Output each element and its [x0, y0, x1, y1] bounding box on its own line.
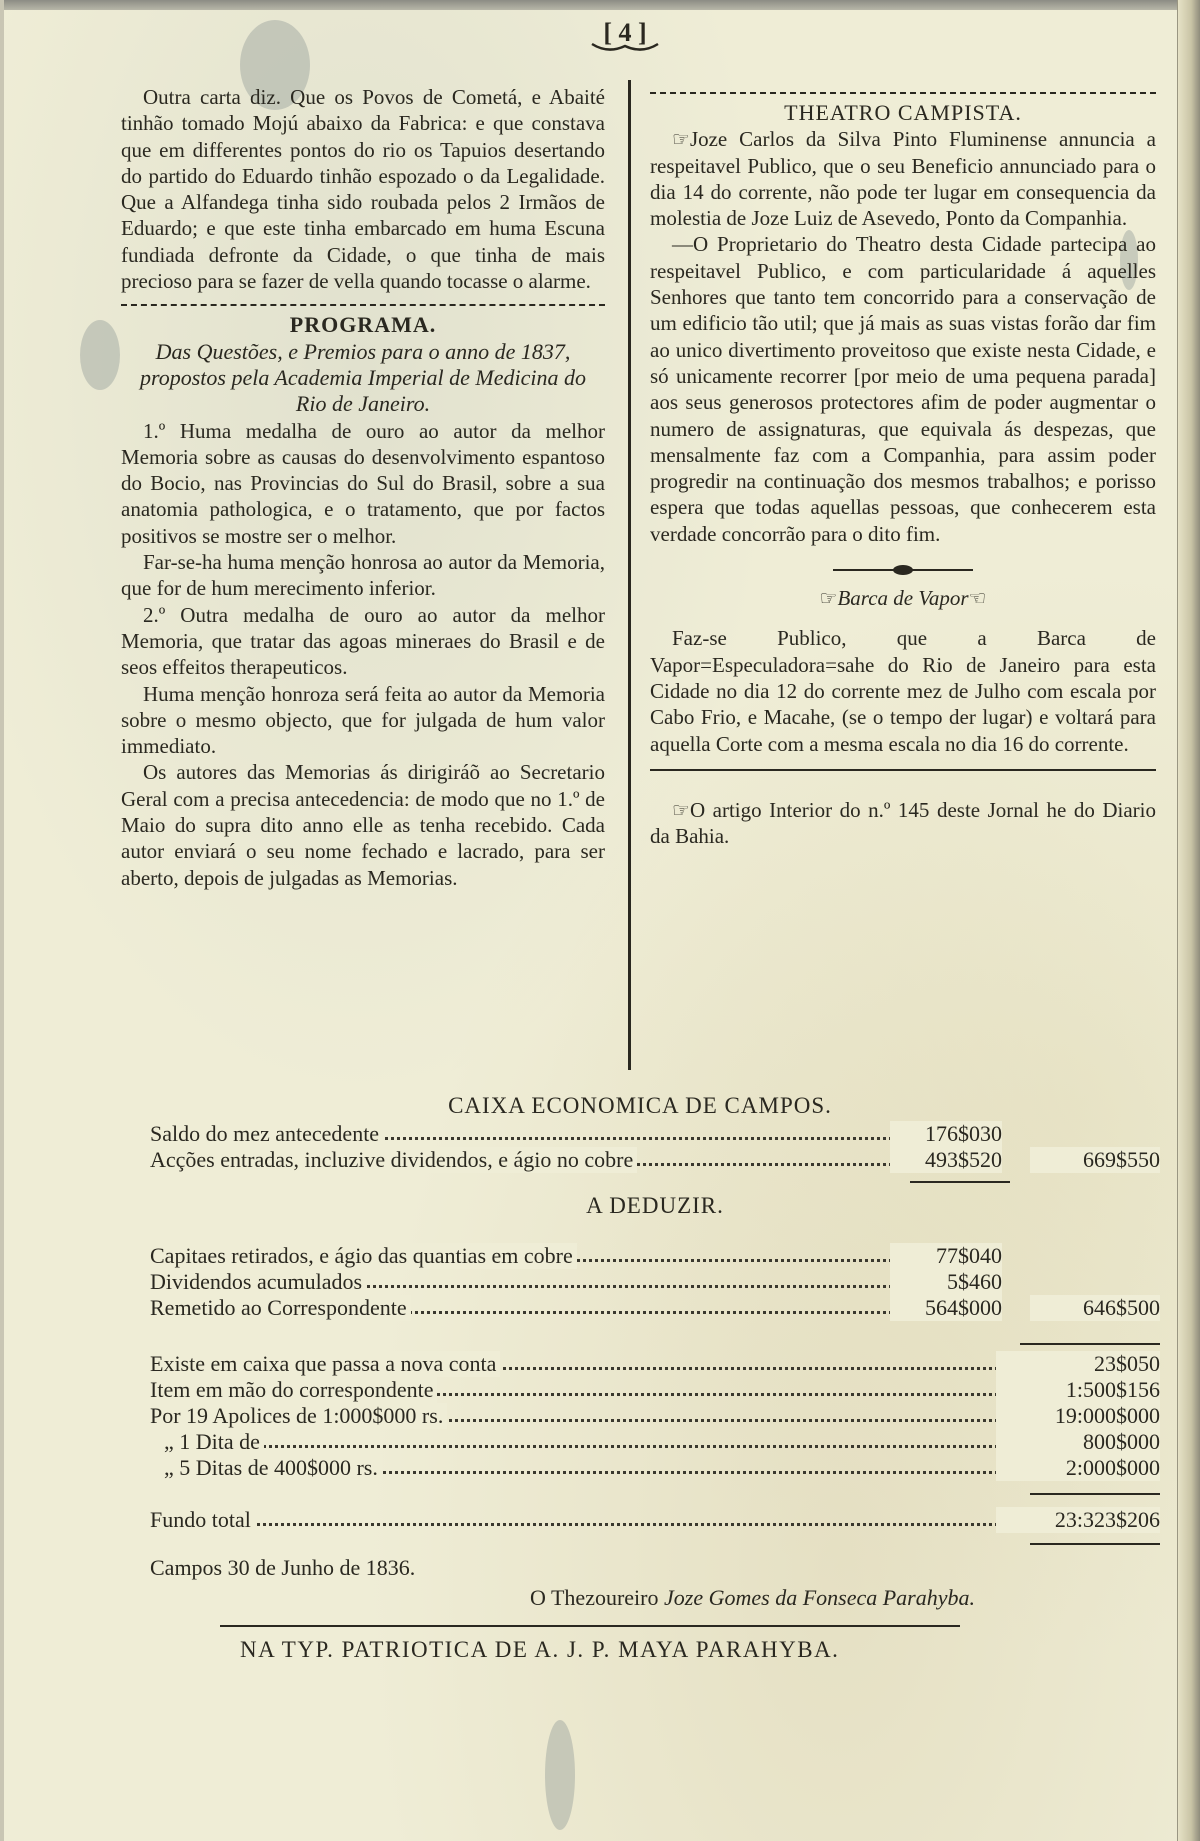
programa-paragraph: Far-se-ha huma menção honrosa ao autor d…	[121, 549, 605, 602]
left-column: Outra carta diz. Que os Povos de Cometá,…	[121, 84, 605, 891]
scan-left-edge	[0, 0, 4, 1841]
ledger-amount: 176$030	[890, 1121, 1002, 1147]
programa-paragraph: 2.º Outra medalha de ouro ao autor da me…	[121, 602, 605, 681]
fund-total-row: Fundo total 23:323$206	[150, 1507, 1160, 1533]
treasurer-name: Joze Gomes da Fonseca Parahyba.	[664, 1585, 975, 1610]
ledger-label: „ 5 Ditas de 400$000 rs.	[150, 1455, 382, 1481]
ledger-label: Saldo do mez antecedente	[150, 1121, 383, 1147]
ledger-amount: 564$000	[890, 1295, 1002, 1321]
ledger-amount: 77$040	[890, 1243, 1002, 1269]
programa-title: PROGRAMA.	[121, 312, 605, 338]
barca-title: ☞Barca de Vapor☜	[650, 585, 1156, 611]
barca-paragraph: Faz-se Publico, que a Barca de Vapor=Esp…	[650, 625, 1156, 756]
ledger-row: „ 1 Dita de 800$000	[150, 1429, 1160, 1455]
place-date: Campos 30 de Junho de 1836.	[150, 1555, 1160, 1581]
ledger-row: Capitaes retirados, e ágio das quantias …	[150, 1243, 1160, 1269]
ledger-row: Saldo do mez antecedente 176$030	[150, 1121, 1160, 1147]
programa-paragraph: Os autores das Memorias ás dirigiráõ ao …	[121, 759, 605, 890]
spacer	[150, 1533, 1160, 1555]
ledger-row: Dividendos acumulados 5$460	[150, 1269, 1160, 1295]
ledger-label: Fundo total	[150, 1507, 255, 1533]
ledger-total: 669$550	[1030, 1147, 1160, 1173]
notice-text: O artigo Interior do n.º 145 deste Jorna…	[650, 798, 1156, 848]
statement-title: CAIXA ECONOMICA DE CAMPOS.	[120, 1093, 1160, 1119]
section-divider	[121, 304, 605, 306]
sum-rule	[1030, 1543, 1160, 1545]
column-separator	[628, 80, 631, 1070]
printer-imprint: NA TYP. PATRIOTICA DE A. J. P. MAYA PARA…	[240, 1637, 1160, 1663]
ledger-label: „ 1 Dita de	[150, 1429, 264, 1455]
scan-right-edge	[1177, 0, 1200, 1841]
programa-paragraph: Huma menção honroza será feita ao autor …	[121, 681, 605, 760]
ledger-label: Existe em caixa que passa a nova conta	[150, 1351, 500, 1377]
treasurer-title: O Thezoureiro	[530, 1585, 659, 1610]
ledger-row: Por 19 Apolices de 1:000$000 rs. 19:000$…	[150, 1403, 1160, 1429]
caixa-economica-statement: CAIXA ECONOMICA DE CAMPOS. Saldo do mez …	[150, 1093, 1160, 1663]
ledger-amount: 23:323$206	[996, 1507, 1160, 1533]
spacer	[150, 1321, 1160, 1351]
programa-paragraph: 1.º Huma medalha de ouro ao autor da mel…	[121, 418, 605, 549]
ledger-label: Capitaes retirados, e ágio das quantias …	[150, 1243, 577, 1269]
water-stain	[545, 1720, 575, 1830]
ledger-amount: 5$460	[890, 1269, 1002, 1295]
theatro-paragraph-1: ☞Joze Carlos da Silva Pinto Fluminense a…	[650, 126, 1156, 231]
sum-rule	[910, 1181, 1010, 1183]
ledger-amount: 493$520	[890, 1147, 1002, 1173]
scan-top-edge	[0, 0, 1200, 10]
pointing-hand-icon: ☞	[672, 127, 690, 151]
intro-paragraph: Outra carta diz. Que os Povos de Cometá,…	[121, 84, 605, 294]
imprint-divider	[220, 1625, 960, 1627]
theatro-paragraph-2: —O Proprietario do Theatro desta Cidade …	[650, 231, 1156, 547]
theatro-title: THEATRO CAMPISTA.	[650, 100, 1156, 126]
right-column: THEATRO CAMPISTA. ☞Joze Carlos da Silva …	[650, 86, 1156, 849]
sum-rule	[1030, 1493, 1160, 1495]
ledger-row: Remetido ao Correspondente 564$000 646$5…	[150, 1295, 1160, 1321]
pointing-hand-right-icon: ☞	[820, 586, 838, 610]
water-stain	[80, 320, 120, 390]
pointing-hand-icon: ☞	[672, 798, 690, 822]
ledger-label: Por 19 Apolices de 1:000$000 rs.	[150, 1403, 447, 1429]
ledger-label: Acções entradas, incluzive dividendos, e…	[150, 1147, 637, 1173]
ledger-row: Item em mão do correspondente 1:500$156	[150, 1377, 1160, 1403]
newspaper-page: [ 4 ] Outra carta diz. Que os Povos de C…	[0, 0, 1200, 1841]
barca-title-text: Barca de Vapor	[837, 586, 968, 610]
sum-rule	[1020, 1343, 1160, 1345]
ledger-row: Existe em caixa que passa a nova conta 2…	[150, 1351, 1160, 1377]
ledger-row: Acções entradas, incluzive dividendos, e…	[150, 1147, 1160, 1173]
notice-paragraph: ☞O artigo Interior do n.º 145 deste Jorn…	[650, 797, 1156, 850]
ledger-amount: 2:000$000	[996, 1455, 1160, 1481]
ledger-amount: 800$000	[996, 1429, 1160, 1455]
treasurer-signature: O Thezoureiro Joze Gomes da Fonseca Para…	[530, 1585, 1160, 1611]
page-number: [ 4 ]	[590, 18, 660, 56]
ledger-amount: 23$050	[996, 1351, 1160, 1377]
section-divider	[650, 769, 1156, 771]
spacer	[150, 1173, 1160, 1185]
programa-subtitle: Das Questões, e Premios para o anno de 1…	[121, 339, 605, 418]
spacer	[150, 1481, 1160, 1507]
ornament-divider-icon	[833, 565, 973, 575]
ledger-label: Dividendos acumulados	[150, 1269, 366, 1295]
pointing-hand-left-icon: ☜	[969, 586, 987, 610]
section-divider	[650, 92, 1156, 94]
ledger-label: Remetido ao Correspondente	[150, 1295, 411, 1321]
ledger-total: 646$500	[1030, 1295, 1160, 1321]
deduct-heading: A DEDUZIR.	[150, 1193, 1160, 1219]
ledger-amount: 1:500$156	[996, 1377, 1160, 1403]
ledger-label: Item em mão do correspondente	[150, 1377, 437, 1403]
theatro-paragraph-1-text: Joze Carlos da Silva Pinto Fluminense an…	[650, 127, 1156, 230]
page-number-value: 4	[619, 18, 632, 47]
ledger-amount: 19:000$000	[996, 1403, 1160, 1429]
ledger-row: „ 5 Ditas de 400$000 rs. 2:000$000	[150, 1455, 1160, 1481]
